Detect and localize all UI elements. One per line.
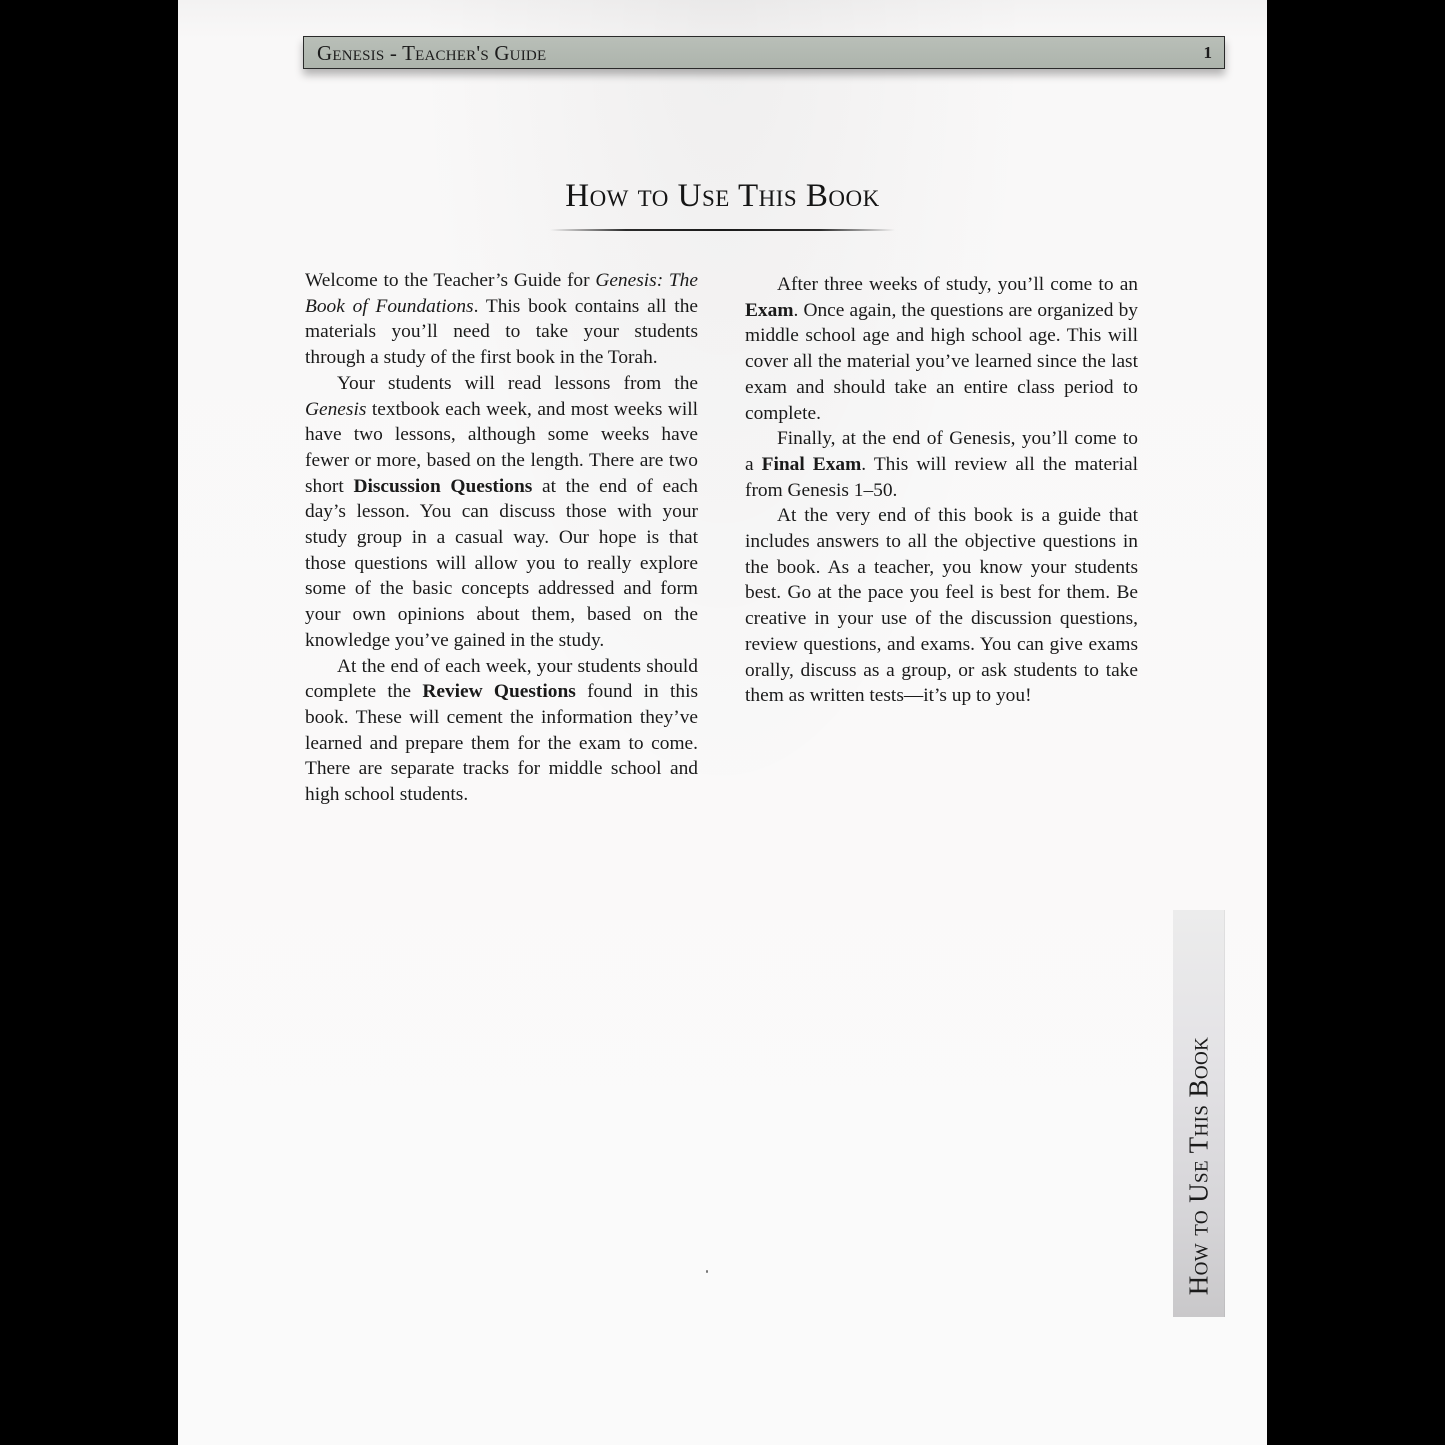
italic-title: Genesis — [305, 399, 366, 420]
text-run: Welcome to the Teacher’s Guide for — [305, 270, 595, 291]
text-run: . Once again, the questions are orga­niz… — [745, 300, 1138, 424]
bold-term: Review Questions — [422, 681, 575, 702]
section-side-tab: How to Use This Book — [1173, 910, 1225, 1317]
bold-term: Final Exam — [762, 454, 862, 475]
paragraph: At the very end of this book is a guide … — [745, 503, 1138, 709]
text-run: After three weeks of study, you’ll come … — [777, 274, 1138, 295]
side-tab-label: How to Use This Book — [1184, 1036, 1215, 1295]
paragraph: Finally, at the end of Genesis, you’ll c… — [745, 426, 1138, 503]
page-number: 1 — [1204, 43, 1213, 63]
left-text-column: Welcome to the Teacher’s Guide for Genes… — [305, 268, 698, 808]
book-page: Genesis - Teacher's Guide 1 How to Use T… — [178, 0, 1267, 1445]
bold-term: Discussion Questions — [353, 476, 532, 497]
print-speck — [706, 1270, 708, 1273]
title-divider — [550, 229, 895, 231]
paragraph: Your students will read lessons from the… — [305, 371, 698, 654]
text-run: Your students will read lessons from the — [337, 373, 698, 394]
bold-term: Exam — [745, 300, 793, 321]
running-head-title: Genesis - Teacher's Guide — [317, 41, 546, 66]
paragraph: Welcome to the Teacher’s Guide for Genes… — [305, 268, 698, 371]
text-run: at the end of each day’s lesson. You can… — [305, 476, 698, 651]
running-head-band: Genesis - Teacher's Guide 1 — [303, 36, 1225, 69]
right-text-column: After three weeks of study, you’ll come … — [745, 272, 1138, 709]
chapter-title: How to Use This Book — [178, 178, 1267, 215]
text-run: At the very end of this book is a guide … — [745, 505, 1138, 706]
paragraph: After three weeks of study, you’ll come … — [745, 272, 1138, 426]
paragraph: At the end of each week, your students s… — [305, 654, 698, 808]
